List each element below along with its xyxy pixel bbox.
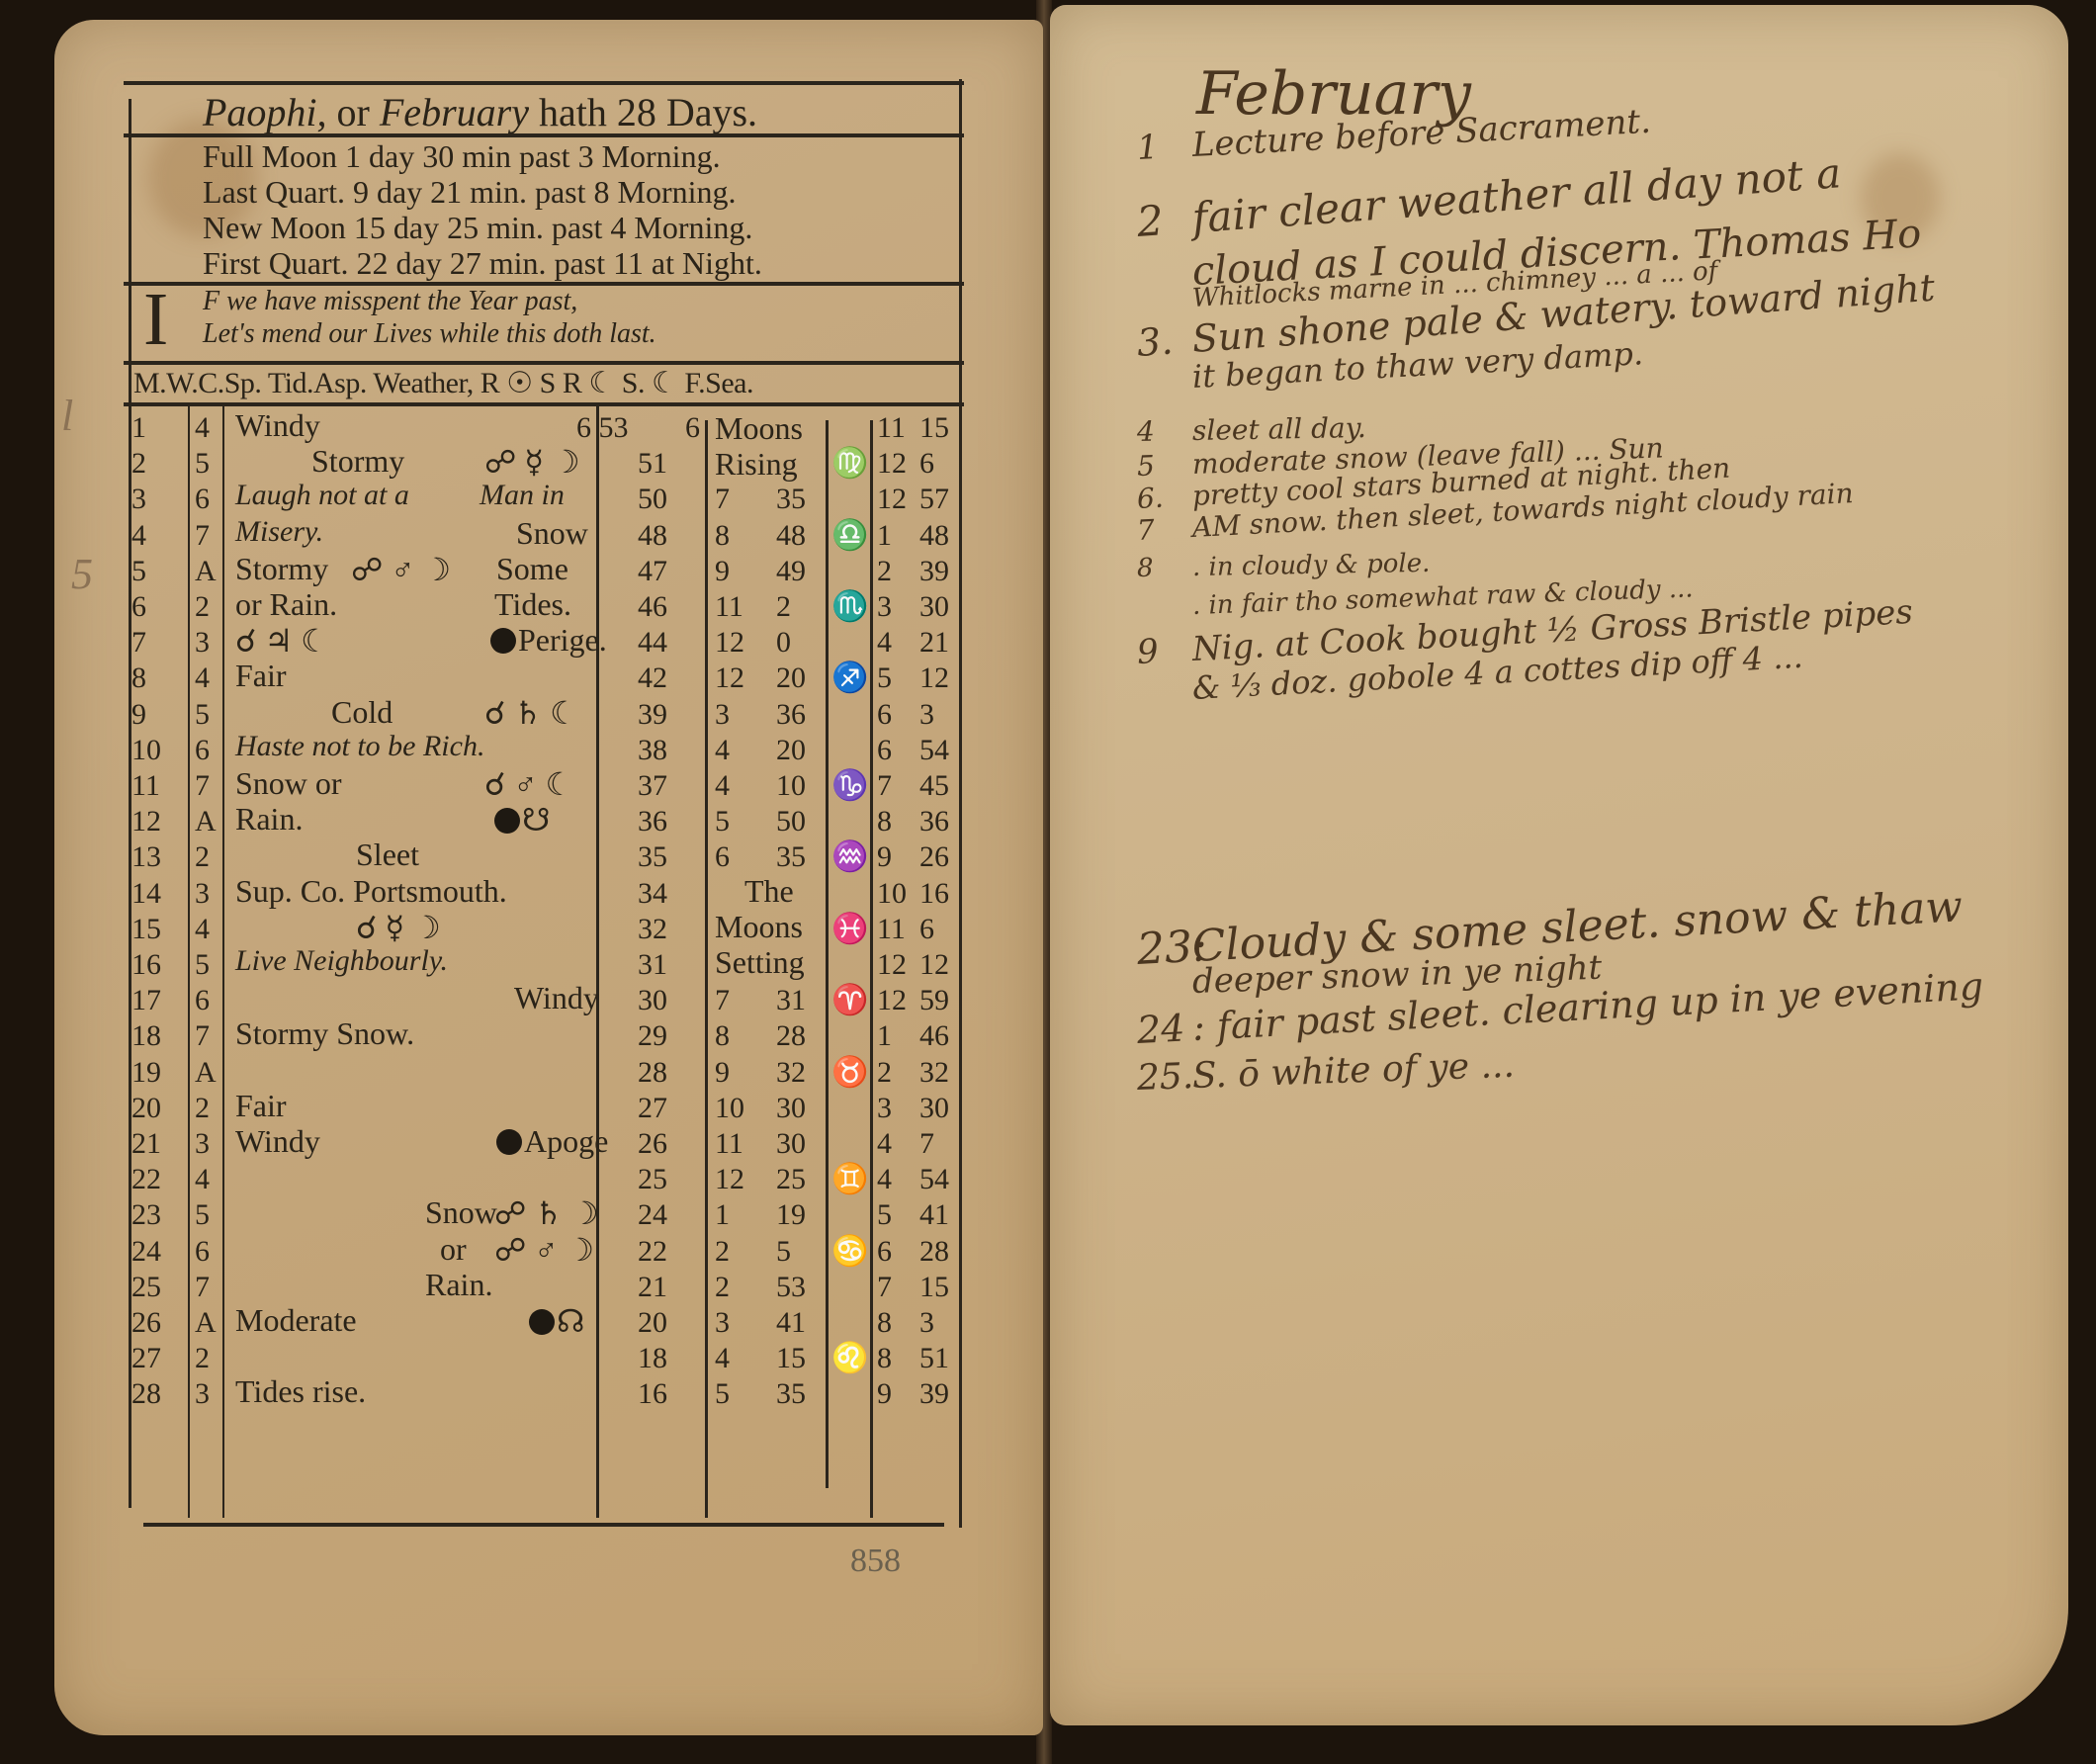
full-sea-minute: 6 xyxy=(919,446,934,482)
full-sea-minute: 45 xyxy=(919,768,949,804)
new-moon-icon xyxy=(490,628,516,654)
full-sea-minute: 54 xyxy=(919,1162,949,1197)
full-sea-minute: 30 xyxy=(919,589,949,625)
month-day: 4 xyxy=(131,518,146,554)
weather-note: Sleet xyxy=(356,837,419,873)
diary-entry-day: 7 xyxy=(1136,511,1193,547)
week-day: 4 xyxy=(195,410,210,446)
moon-hour: 9 xyxy=(715,554,730,589)
full-sea-minute: 39 xyxy=(919,1376,949,1412)
full-sea-minute: 15 xyxy=(919,1270,949,1305)
sun-rise-set: 39 xyxy=(638,697,667,733)
full-sea-minute: 16 xyxy=(919,876,949,912)
week-day: 4 xyxy=(195,1162,210,1197)
weather-note: Cold xyxy=(331,694,393,731)
moon-hour: 11 xyxy=(715,1126,743,1162)
weather-note-text: ☍ ☿ ☽ xyxy=(484,444,580,480)
diary-entry-day: 4 xyxy=(1137,414,1193,448)
moon-hour: 5 xyxy=(715,1376,730,1412)
col-rule xyxy=(705,420,708,1518)
moon-hour: 4 xyxy=(715,1341,730,1376)
month-title: Paophi, or February hath 28 Days. xyxy=(203,89,757,135)
diary-entry-day: 6. xyxy=(1136,480,1193,515)
weather-note-text: Man in xyxy=(480,479,565,511)
sun-rise-set: 46 xyxy=(638,589,667,625)
month-day: 26 xyxy=(131,1305,161,1341)
sun-rise-set: 18 xyxy=(638,1341,667,1376)
moon-minute: 19 xyxy=(776,1197,806,1233)
moon-minute: 20 xyxy=(776,733,806,768)
week-day: 4 xyxy=(195,661,210,696)
weather-note: Haste not to be Rich. xyxy=(235,730,484,763)
diary-entry-text: sleet all day. xyxy=(1192,411,1366,447)
sun-rise-set: 26 xyxy=(638,1126,667,1162)
weather-note: ☍ ♄ ☽ xyxy=(494,1194,599,1232)
month-day: 27 xyxy=(131,1341,161,1376)
full-sea-hour: 6 xyxy=(877,1234,892,1270)
week-day: 6 xyxy=(195,733,210,768)
full-sea-hour: 8 xyxy=(877,1341,892,1376)
weather-note-text: Sleet xyxy=(356,837,419,872)
zodiac-sign: ♋ xyxy=(831,1234,868,1270)
full-sea-hour: 8 xyxy=(877,1305,892,1341)
sun-rise-set: 35 xyxy=(638,839,667,875)
full-sea-hour: 12 xyxy=(877,947,907,983)
weather-note-text: or Rain. xyxy=(235,586,337,622)
full-sea-minute: 3 xyxy=(919,1305,934,1341)
zodiac-sign: ♐ xyxy=(831,661,868,696)
week-day: 7 xyxy=(195,1018,210,1054)
full-sea-minute: 6 xyxy=(919,912,934,947)
margin-note-5: 5 xyxy=(71,549,93,599)
full-sea-minute: 46 xyxy=(919,1018,949,1054)
week-day: 4 xyxy=(195,912,210,947)
weather-note: Fair xyxy=(235,658,287,694)
full-sea-minute: 39 xyxy=(919,554,949,589)
diary-entry: 8. in cloudy & pole. xyxy=(1137,549,1431,583)
zodiac-sign: ♉ xyxy=(831,1055,868,1091)
weather-note-text: ☌ ♃ ☾ xyxy=(235,623,329,659)
moons-setting-label-1: The xyxy=(744,873,794,910)
weather-note-text: Laugh not at a xyxy=(235,479,409,511)
sun-rise-hour: 6 xyxy=(685,410,700,446)
weather-note: Sup. Co. Portsmouth. xyxy=(235,873,507,910)
weather-note: ☌ ♄ ☾ xyxy=(484,694,578,732)
phase-first-quarter: First Quart. 22 day 27 min. past 11 at N… xyxy=(203,245,762,281)
weather-note: Stormy xyxy=(311,443,404,480)
full-sea-hour: 7 xyxy=(877,768,892,804)
col-rule xyxy=(596,405,599,1518)
weather-note-text: ☌ ♂ ☾ xyxy=(484,766,573,802)
almanac-table: Paophi, or February hath 28 Days. Full M… xyxy=(124,79,964,1528)
moon-hour: 4 xyxy=(715,733,730,768)
sun-rise-set: 51 xyxy=(638,446,667,482)
full-sea-hour: 6 xyxy=(877,697,892,733)
phase-new-moon: New Moon 15 day 25 min. past 4 Morning. xyxy=(203,210,762,245)
weather-note-text: ☌ ♄ ☾ xyxy=(484,695,578,731)
week-day: 2 xyxy=(195,839,210,875)
month-day: 18 xyxy=(131,1018,161,1054)
moon-minute: 15 xyxy=(776,1341,806,1376)
weather-note-text: Stormy Snow. xyxy=(235,1015,414,1051)
full-sea-hour: 1 xyxy=(877,518,892,554)
weather-note-text: Windy xyxy=(514,980,599,1015)
weather-note-text: Windy xyxy=(235,407,320,443)
weather-note: Windy xyxy=(235,1123,320,1160)
weather-note-text: Stormy xyxy=(311,443,404,479)
weather-note-text: Moderate xyxy=(235,1302,357,1338)
weather-note-text: ☍ ♄ ☽ xyxy=(494,1195,599,1231)
rule xyxy=(143,1523,944,1527)
full-sea-hour: 9 xyxy=(877,839,892,875)
month-day: 14 xyxy=(131,876,161,912)
week-day: 6 xyxy=(195,983,210,1018)
week-day: 6 xyxy=(195,482,210,517)
zodiac-sign: ♈ xyxy=(831,983,868,1018)
weather-note: Tides. xyxy=(494,586,571,623)
col-rule xyxy=(222,405,224,1518)
full-sea-hour: 9 xyxy=(877,1376,892,1412)
weather-note-text: Snow xyxy=(516,515,588,551)
page-number: 858 xyxy=(850,1543,901,1580)
moon-minute: 35 xyxy=(776,482,806,517)
weather-note: or xyxy=(440,1231,467,1268)
moon-minute: 25 xyxy=(776,1162,806,1197)
margin-note-l: l xyxy=(61,391,73,441)
week-day: 3 xyxy=(195,625,210,661)
full-sea-minute: 30 xyxy=(919,1091,949,1126)
diary-entry-day: 24 xyxy=(1136,1006,1193,1052)
sun-rise-set: 20 xyxy=(638,1305,667,1341)
moon-hour: 8 xyxy=(715,518,730,554)
diary-entry-day: 9 xyxy=(1136,630,1193,672)
month-day: 3 xyxy=(131,482,146,517)
full-sea-minute: 32 xyxy=(919,1055,949,1091)
moon-minute: 5 xyxy=(776,1234,791,1270)
weather-note: Rain. xyxy=(425,1267,492,1303)
full-sea-hour: 11 xyxy=(877,912,906,947)
diary-entry-day xyxy=(1138,388,1193,391)
weather-note-text: Perige. xyxy=(518,622,607,658)
month-day: 12 xyxy=(131,804,161,839)
week-day: 5 xyxy=(195,947,210,983)
month-day: 20 xyxy=(131,1091,161,1126)
full-sea-hour: 12 xyxy=(877,446,907,482)
sun-rise-set: 16 xyxy=(638,1376,667,1412)
column-header: M.W.C.Sp. Tid.Asp. Weather, R ☉ S R ☾ S.… xyxy=(133,366,753,400)
month-day: 8 xyxy=(131,661,146,696)
full-sea-minute: 7 xyxy=(919,1126,934,1162)
sun-rise-set: 29 xyxy=(638,1018,667,1054)
full-sea-minute: 57 xyxy=(919,482,949,517)
full-sea-minute: 3 xyxy=(919,697,934,733)
weather-note-text: Tides rise. xyxy=(235,1373,366,1409)
col-rule xyxy=(826,420,829,1488)
weather-note: ☌ ☿ ☽ xyxy=(356,909,441,946)
full-sea-hour: 4 xyxy=(877,1126,892,1162)
moon-hour: 9 xyxy=(715,1055,730,1091)
month-day: 19 xyxy=(131,1055,161,1091)
sun-rise-set: 21 xyxy=(638,1270,667,1305)
diary-entry-day xyxy=(1137,614,1192,616)
full-sea-hour: 11 xyxy=(877,410,906,446)
zodiac-sign: ♊ xyxy=(831,1162,868,1197)
diary-entry-day: 2 xyxy=(1135,194,1193,246)
week-day: 3 xyxy=(195,1376,210,1412)
full-sea-minute: 51 xyxy=(919,1341,949,1376)
weather-note-text: Rain. xyxy=(235,801,303,837)
moon-hour: 12 xyxy=(715,661,744,696)
full-sea-hour: 1 xyxy=(877,1018,892,1054)
moon-minute: 30 xyxy=(776,1126,806,1162)
weather-note-text: Snow xyxy=(425,1194,497,1230)
moon-hour: 8 xyxy=(715,1018,730,1054)
weather-note: Windy xyxy=(514,980,599,1016)
title-or: or xyxy=(337,90,370,134)
week-day: 2 xyxy=(195,1091,210,1126)
sun-rise-set: 37 xyxy=(638,768,667,804)
sun-rise-set: 31 xyxy=(638,947,667,983)
weather-note-text: Sup. Co. Portsmouth. xyxy=(235,873,507,909)
weather-note-text: Fair xyxy=(235,658,287,693)
new-moon-icon xyxy=(496,1129,522,1155)
full-sea-hour: 3 xyxy=(877,1091,892,1126)
diary-entry-day: 25. xyxy=(1136,1056,1192,1099)
moons-setting-label-3: Setting xyxy=(715,944,805,981)
weather-note-text: Stormy xyxy=(235,551,328,586)
moon-hour: 10 xyxy=(715,1091,744,1126)
weather-note-text: ☊ xyxy=(557,1303,584,1339)
full-sea-minute: 54 xyxy=(919,733,949,768)
weather-note: Tides rise. xyxy=(235,1373,366,1410)
weather-note: ☋ xyxy=(494,801,550,838)
sun-rise-set: 42 xyxy=(638,661,667,696)
month-day: 16 xyxy=(131,947,161,983)
full-sea-minute: 41 xyxy=(919,1197,949,1233)
week-day: 6 xyxy=(195,1234,210,1270)
full-sea-minute: 26 xyxy=(919,839,949,875)
full-sea-hour: 8 xyxy=(877,804,892,839)
sun-rise-set: 28 xyxy=(638,1055,667,1091)
col-rule xyxy=(188,405,190,1518)
sun-rise-set: 38 xyxy=(638,733,667,768)
moon-hour: 2 xyxy=(715,1234,730,1270)
diary-entry-day: 1 xyxy=(1136,126,1193,168)
title-paophi: Paophi, xyxy=(203,90,327,134)
moon-hour: 11 xyxy=(715,589,743,625)
sun-rise-set: 27 xyxy=(638,1091,667,1126)
sun-rise-set: 30 xyxy=(638,983,667,1018)
weather-note: Laugh not at a xyxy=(235,479,409,512)
full-sea-minute: 21 xyxy=(919,625,949,661)
full-sea-minute: 59 xyxy=(919,983,949,1018)
full-sea-minute: 15 xyxy=(919,410,949,446)
full-sea-hour: 2 xyxy=(877,554,892,589)
sun-rise-set: 47 xyxy=(638,554,667,589)
sun-rise-set: 34 xyxy=(638,876,667,912)
moon-hour: 7 xyxy=(715,983,730,1018)
weather-note: Snow xyxy=(516,515,588,552)
weather-note: Rain. xyxy=(235,801,303,838)
new-moon-icon xyxy=(494,808,520,834)
zodiac-sign: ♌ xyxy=(831,1341,868,1376)
full-sea-hour: 5 xyxy=(877,1197,892,1233)
moons-setting-label-2: Moons xyxy=(715,909,803,945)
moon-hour: 12 xyxy=(715,1162,744,1197)
moon-hour: 3 xyxy=(715,1305,730,1341)
week-day: A xyxy=(195,804,217,839)
verse-line-1: F we have misspent the Year past, xyxy=(143,285,656,317)
weather-note-text: Snow or xyxy=(235,765,342,801)
weather-note-text: Tides. xyxy=(494,586,571,622)
full-sea-minute: 12 xyxy=(919,947,949,983)
month-day: 2 xyxy=(131,446,146,482)
moon-hour: 4 xyxy=(715,768,730,804)
weather-note: or Rain. xyxy=(235,586,337,623)
moon-hour: 12 xyxy=(715,625,744,661)
weather-note: Apoge xyxy=(496,1123,608,1160)
weather-note-text: Live Neighbourly. xyxy=(235,944,448,977)
full-sea-hour: 3 xyxy=(877,589,892,625)
zodiac-sign: ♑ xyxy=(831,768,868,804)
verse-line-2: Let's mend our Lives while this doth las… xyxy=(143,317,656,350)
weather-note: Stormy xyxy=(235,551,328,587)
weather-note: ☌ ♂ ☾ xyxy=(484,765,573,803)
moon-minute: 50 xyxy=(776,804,806,839)
full-sea-hour: 10 xyxy=(877,876,907,912)
month-day: 7 xyxy=(131,625,146,661)
rule xyxy=(124,81,964,85)
weather-note-text: Fair xyxy=(235,1088,287,1123)
moon-minute: 41 xyxy=(776,1305,806,1341)
month-day: 6 xyxy=(131,589,146,625)
full-sea-minute: 36 xyxy=(919,804,949,839)
zodiac-sign: ♓ xyxy=(831,912,868,947)
sun-rise-set: 50 xyxy=(638,482,667,517)
full-sea-minute: 12 xyxy=(919,661,949,696)
sun-rise-set: 24 xyxy=(638,1197,667,1233)
moon-minute: 31 xyxy=(776,983,806,1018)
moon-minute: 35 xyxy=(776,1376,806,1412)
moon-hour: 6 xyxy=(715,839,730,875)
weather-note: ☍ ☿ ☽ xyxy=(484,443,580,481)
month-day: 23 xyxy=(131,1197,161,1233)
title-february: February xyxy=(380,90,529,134)
full-sea-hour: 2 xyxy=(877,1055,892,1091)
week-day: 3 xyxy=(195,876,210,912)
month-day: 10 xyxy=(131,733,161,768)
moon-minute: 49 xyxy=(776,554,806,589)
diary-entry-day xyxy=(1137,993,1192,995)
full-sea-hour: 12 xyxy=(877,482,907,517)
weather-note-text: Some xyxy=(496,551,568,586)
week-day: A xyxy=(195,1305,217,1341)
phase-last-quarter: Last Quart. 9 day 21 min. past 8 Morning… xyxy=(203,174,762,210)
moon-minute: 32 xyxy=(776,1055,806,1091)
month-day: 17 xyxy=(131,983,161,1018)
full-sea-hour: 7 xyxy=(877,1270,892,1305)
weather-note-text: or xyxy=(440,1231,467,1267)
weather-note: Perige. xyxy=(490,622,607,659)
full-sea-minute: 48 xyxy=(919,518,949,554)
moon-minute: 28 xyxy=(776,1018,806,1054)
month-day: 28 xyxy=(131,1376,161,1412)
sun-rise-set: 36 xyxy=(638,804,667,839)
zodiac-sign: ♏ xyxy=(831,589,868,625)
week-day: 5 xyxy=(195,446,210,482)
weather-note-text: Windy xyxy=(235,1123,320,1159)
moon-phases: Full Moon 1 day 30 min past 3 Morning. L… xyxy=(203,138,762,281)
week-day: 7 xyxy=(195,1270,210,1305)
sun-rise-set: 44 xyxy=(638,625,667,661)
week-day: 5 xyxy=(195,697,210,733)
new-moon-icon xyxy=(529,1309,555,1335)
weather-note: ☌ ♃ ☾ xyxy=(235,622,329,660)
weather-note: ☊ xyxy=(529,1302,584,1340)
moon-minute: 30 xyxy=(776,1091,806,1126)
weather-note-text: Misery. xyxy=(235,515,323,548)
month-day: 9 xyxy=(131,697,146,733)
full-sea-hour: 12 xyxy=(877,983,907,1018)
col-rule xyxy=(870,420,873,1518)
moon-hour: 7 xyxy=(715,482,730,517)
verse-initial: I xyxy=(143,285,168,354)
full-sea-hour: 6 xyxy=(877,733,892,768)
diary-entry-text: . in cloudy & pole. xyxy=(1192,549,1431,582)
moon-minute: 10 xyxy=(776,768,806,804)
weather-note: ☍ ♂ ☽ xyxy=(351,551,451,588)
phase-full-moon: Full Moon 1 day 30 min past 3 Morning. xyxy=(203,138,762,174)
weather-note-text: ☍ ♂ ☽ xyxy=(351,552,451,587)
zodiac-sign: ♍ xyxy=(831,446,868,482)
diary-entry-day: 8 xyxy=(1137,553,1193,583)
weather-note: Snow or xyxy=(235,765,342,802)
diary-entry-day xyxy=(1137,307,1192,309)
weather-note: Fair xyxy=(235,1088,287,1124)
week-day: 3 xyxy=(195,1126,210,1162)
moon-minute: 0 xyxy=(776,625,791,661)
weather-note-text: ☍ ♂ ☽ xyxy=(494,1232,594,1268)
month-day: 13 xyxy=(131,839,161,875)
sun-rise-set: 22 xyxy=(638,1234,667,1270)
month-day: 11 xyxy=(131,768,160,804)
sun-rise-set: 25 xyxy=(638,1162,667,1197)
weather-note: Moderate xyxy=(235,1302,357,1339)
moon-hour: 5 xyxy=(715,804,730,839)
week-day: A xyxy=(195,1055,217,1091)
moon-minute: 35 xyxy=(776,839,806,875)
full-sea-minute: 28 xyxy=(919,1234,949,1270)
rule xyxy=(124,361,964,365)
weather-note-text: Cold xyxy=(331,694,393,730)
weather-note-text: ☋ xyxy=(522,802,550,838)
week-day: A xyxy=(195,554,217,589)
sun-rise-set: 32 xyxy=(638,912,667,947)
full-sea-hour: 5 xyxy=(877,661,892,696)
weather-note: Man in xyxy=(480,479,565,512)
month-day: 1 xyxy=(131,410,146,446)
title-days: hath 28 Days. xyxy=(539,90,757,134)
weather-note: ☍ ♂ ☽ xyxy=(494,1231,594,1269)
diary-entry-day: 5 xyxy=(1136,448,1192,483)
month-day: 22 xyxy=(131,1162,161,1197)
week-day: 2 xyxy=(195,1341,210,1376)
weather-note: Misery. xyxy=(235,515,323,549)
moon-hour: 2 xyxy=(715,1270,730,1305)
month-day: 21 xyxy=(131,1126,161,1162)
full-sea-hour: 4 xyxy=(877,1162,892,1197)
month-day: 25 xyxy=(131,1270,161,1305)
